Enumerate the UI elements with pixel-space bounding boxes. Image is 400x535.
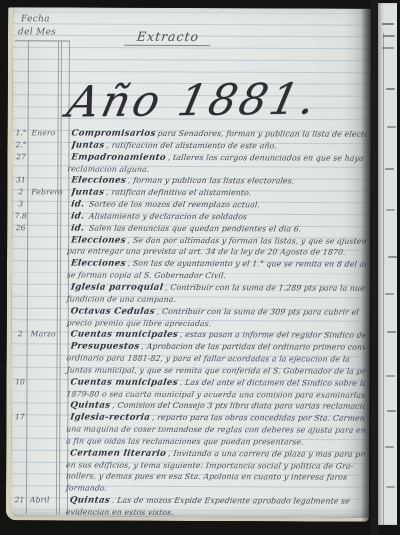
entry-lead: Iglesia parroquial xyxy=(70,282,164,292)
margin-header-underline xyxy=(15,40,70,41)
entry-lead: Elecciones xyxy=(70,259,126,269)
entry-text: formando. xyxy=(65,484,107,493)
scanned-page: Fecha del Mes Extracto Año 1881. 1.° Ene… xyxy=(6,7,371,522)
entry-text: , Contribuir con la suma de 1.289 pts pa… xyxy=(165,283,367,293)
entry-text: fundicion de una campana. xyxy=(66,294,177,303)
entry-lead xyxy=(65,164,66,174)
entry-lead: Octavas Cedulas xyxy=(70,306,156,316)
margin-day: 1.° xyxy=(14,127,29,139)
entry-text: a fin que oidas las reclamaciones que pu… xyxy=(66,436,305,446)
margin-day: 3 xyxy=(13,198,28,210)
margin-month: Enero xyxy=(32,127,60,139)
entry-text: 1879-80 o sea cuarta municipal y acuerda… xyxy=(66,389,366,399)
entry-text: , estas pasan a informe del regidor Sind… xyxy=(179,330,366,340)
entry-lead: Cuentas municipales xyxy=(70,377,179,387)
page-heading: Extracto xyxy=(124,29,212,46)
margin-day: 21 xyxy=(12,494,27,506)
margin-day: 27 xyxy=(13,151,28,163)
margin-month: Abril xyxy=(30,494,58,506)
entry-text: nollers, y demas pues en esa Sta. Apolon… xyxy=(65,472,347,482)
entry-text: , ratificacion del alistamiento de este … xyxy=(106,140,277,150)
margin-month: Febrero xyxy=(31,187,59,199)
entry-lead xyxy=(64,294,65,304)
entry-text: Sorteo de los mozos del reemplazo actual… xyxy=(86,200,261,210)
entry-text: Alistamiento y declaracion de soldados xyxy=(86,211,248,221)
margin-day: 17 xyxy=(12,411,27,423)
entry-lead: id. xyxy=(70,211,85,221)
entry-lead: Cuentas municipales xyxy=(70,330,179,340)
facing-page-rule xyxy=(383,33,384,525)
scan-photo: { "scan": { "margin_header_line1": "Fech… xyxy=(0,0,400,535)
entry-text: en sus edificios, y tema siguiente: Impo… xyxy=(65,460,354,470)
margin-day: 2 xyxy=(13,329,28,341)
entry-lead: id. xyxy=(70,223,85,233)
entry-text: reclamacion alguna. xyxy=(67,164,150,173)
entry-text: , Comision del Consejo 3 pts libra diata… xyxy=(112,401,366,411)
entry-text: . Las del ante el dictamen del Sindico s… xyxy=(179,378,366,388)
entry-text: se forman copia al S. Gobernador Civil. xyxy=(66,271,226,281)
facing-page-ink-marks xyxy=(382,23,394,25)
entry-lead: Elecciones xyxy=(70,235,126,245)
entry-text: para Senadores, forman y publican la lis… xyxy=(157,129,367,139)
entry-text: para entregar una prevista al art. 34 de… xyxy=(66,247,346,257)
entry-text: , Se dan por ultimadas y forman las list… xyxy=(127,235,366,245)
margin-header-del-mes: del Mes xyxy=(18,27,56,37)
entry-text: precio premio que libre apreciadas. xyxy=(66,318,212,328)
entry-lead: Empadronamiento xyxy=(71,152,167,162)
entry-text: , Son las de ayuntamiento y el 1.° que s… xyxy=(127,259,366,269)
year-title: Año 1881. xyxy=(37,74,349,128)
entry-text: , Contribuir con la suma de 309 pts para… xyxy=(156,307,359,317)
facing-page-ink-marks xyxy=(386,88,395,90)
margin-day: 31 xyxy=(13,175,28,187)
entry-lead xyxy=(63,436,64,446)
margin-header-fecha: Fecha xyxy=(21,14,50,24)
entry-text: evidencian en estos vistos. xyxy=(65,507,174,516)
entry-lead: Juntas xyxy=(71,140,105,150)
entry-text: una maquina de coser tomandose de reglas… xyxy=(66,425,366,435)
margin-day: 26 xyxy=(13,222,28,234)
entry-lead xyxy=(64,318,65,328)
entry-text: . Las de mozos Expide Expediente aprobad… xyxy=(111,496,350,506)
entry-text: , ratifican definitiva el alistamiento. xyxy=(106,188,252,198)
entry-text: Juntas municipal, y que se remita que co… xyxy=(66,365,366,375)
margin-day: 2 xyxy=(13,186,28,198)
entry-text: , forman y publican las listas electoral… xyxy=(128,176,295,186)
entry-lead: Compromisarios xyxy=(71,128,156,138)
entry-lead: Certamen literario xyxy=(69,448,166,458)
entry-lead: id. xyxy=(70,200,85,210)
entry-lead xyxy=(64,389,65,399)
entry-line: evidencian en estos vistos. xyxy=(63,506,366,520)
ledger-entry-row: evidencian en estos vistos. xyxy=(11,506,367,519)
entry-lead: Presupuestos xyxy=(70,342,140,352)
entry-lead: Elecciones xyxy=(71,176,127,186)
entry-lead: Quintas xyxy=(69,496,110,506)
entries-list: 1.° Enero Compromisariospara Senadores, … xyxy=(11,127,369,519)
entry-text: , Invitando a una carrera de plaza y mas… xyxy=(168,449,366,459)
facing-page-edge xyxy=(378,3,397,525)
entry-lead: Juntas xyxy=(71,188,105,198)
entry-lead: Quintas xyxy=(70,401,111,411)
entry-text: , talleres los cargos denunciados en que… xyxy=(167,153,367,163)
margin-month: Marzo xyxy=(31,329,59,341)
entry-text: Salen las denuncias que quedan pendiente… xyxy=(86,223,302,233)
entry-lead xyxy=(64,365,65,375)
entry-text: ordinario para 1881-82, y para el fallar… xyxy=(66,354,351,364)
margin-day: 10 xyxy=(12,376,27,388)
margin-day: 2.° xyxy=(13,139,28,151)
margin-day: 7.8 xyxy=(13,210,28,222)
entry-text: , Aprobacion de las partidas del ordinar… xyxy=(141,342,366,352)
entry-lead: Iglesia-rectoria xyxy=(70,413,151,423)
entry-lead xyxy=(63,460,64,470)
entry-text: , reparto para las obras concedidas por … xyxy=(152,413,366,423)
